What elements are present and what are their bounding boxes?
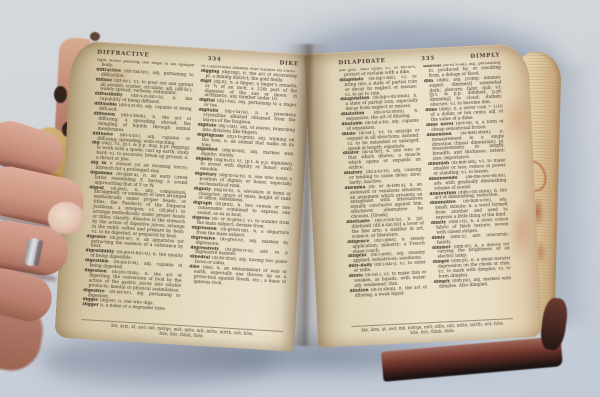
dictionary-entry: dilution (dĭ-lū′shŭn), n. the act of dil…: [350, 286, 428, 300]
header-word-left: DILAPIDATE: [338, 58, 385, 66]
book-gutter-shadow: [281, 44, 331, 347]
cover-damage-spot: [90, 32, 100, 41]
page-stain: [500, 92, 534, 148]
left-page-columns: light when passing the edge of an opaque…: [82, 59, 299, 329]
dictionary-entry: dilemma (dĭ- or dī-lĕm′ȧ), n. an awkward…: [345, 183, 424, 221]
right-page-column-1: ate gob. Also dyke; v.t. to secure, prot…: [339, 66, 429, 324]
cover-damage-spot: [54, 86, 67, 103]
page-number: 334: [207, 56, 221, 63]
right-page-columns: ate gob. Also dyke; v.t. to secure, prot…: [339, 61, 513, 323]
page-number: 335: [421, 56, 435, 63]
dictionary-entry: dike (dīk), n. an embankment or wall of …: [188, 266, 286, 291]
photo-scene: DIFFRACTIVE 334 DIKE light when passing …: [0, 0, 600, 397]
left-page[interactable]: DIFFRACTIVE 334 DIKE light when passing …: [54, 40, 311, 352]
right-page[interactable]: DILAPIDATE 335 DIMPLY ate gob. Also dyke…: [304, 43, 542, 348]
page-stain: [96, 60, 136, 90]
header-word-right: DIMPLY: [470, 52, 500, 59]
dictionary-entry: dimply (dĭm′plĭ), adj. marked with dimpl…: [434, 277, 512, 291]
page-stain: [508, 200, 534, 264]
left-page-column-1: light when passing the edge of an opaque…: [82, 59, 195, 323]
dictionary-entry: digest (dī′jĕst), n. any compilation, ab…: [86, 186, 186, 241]
header-word-left: DIFFRACTIVE: [97, 50, 150, 59]
right-page-column-2: diluvial (dĭ-lū′vĭ-ăl), adj. pertaining …: [423, 61, 513, 319]
